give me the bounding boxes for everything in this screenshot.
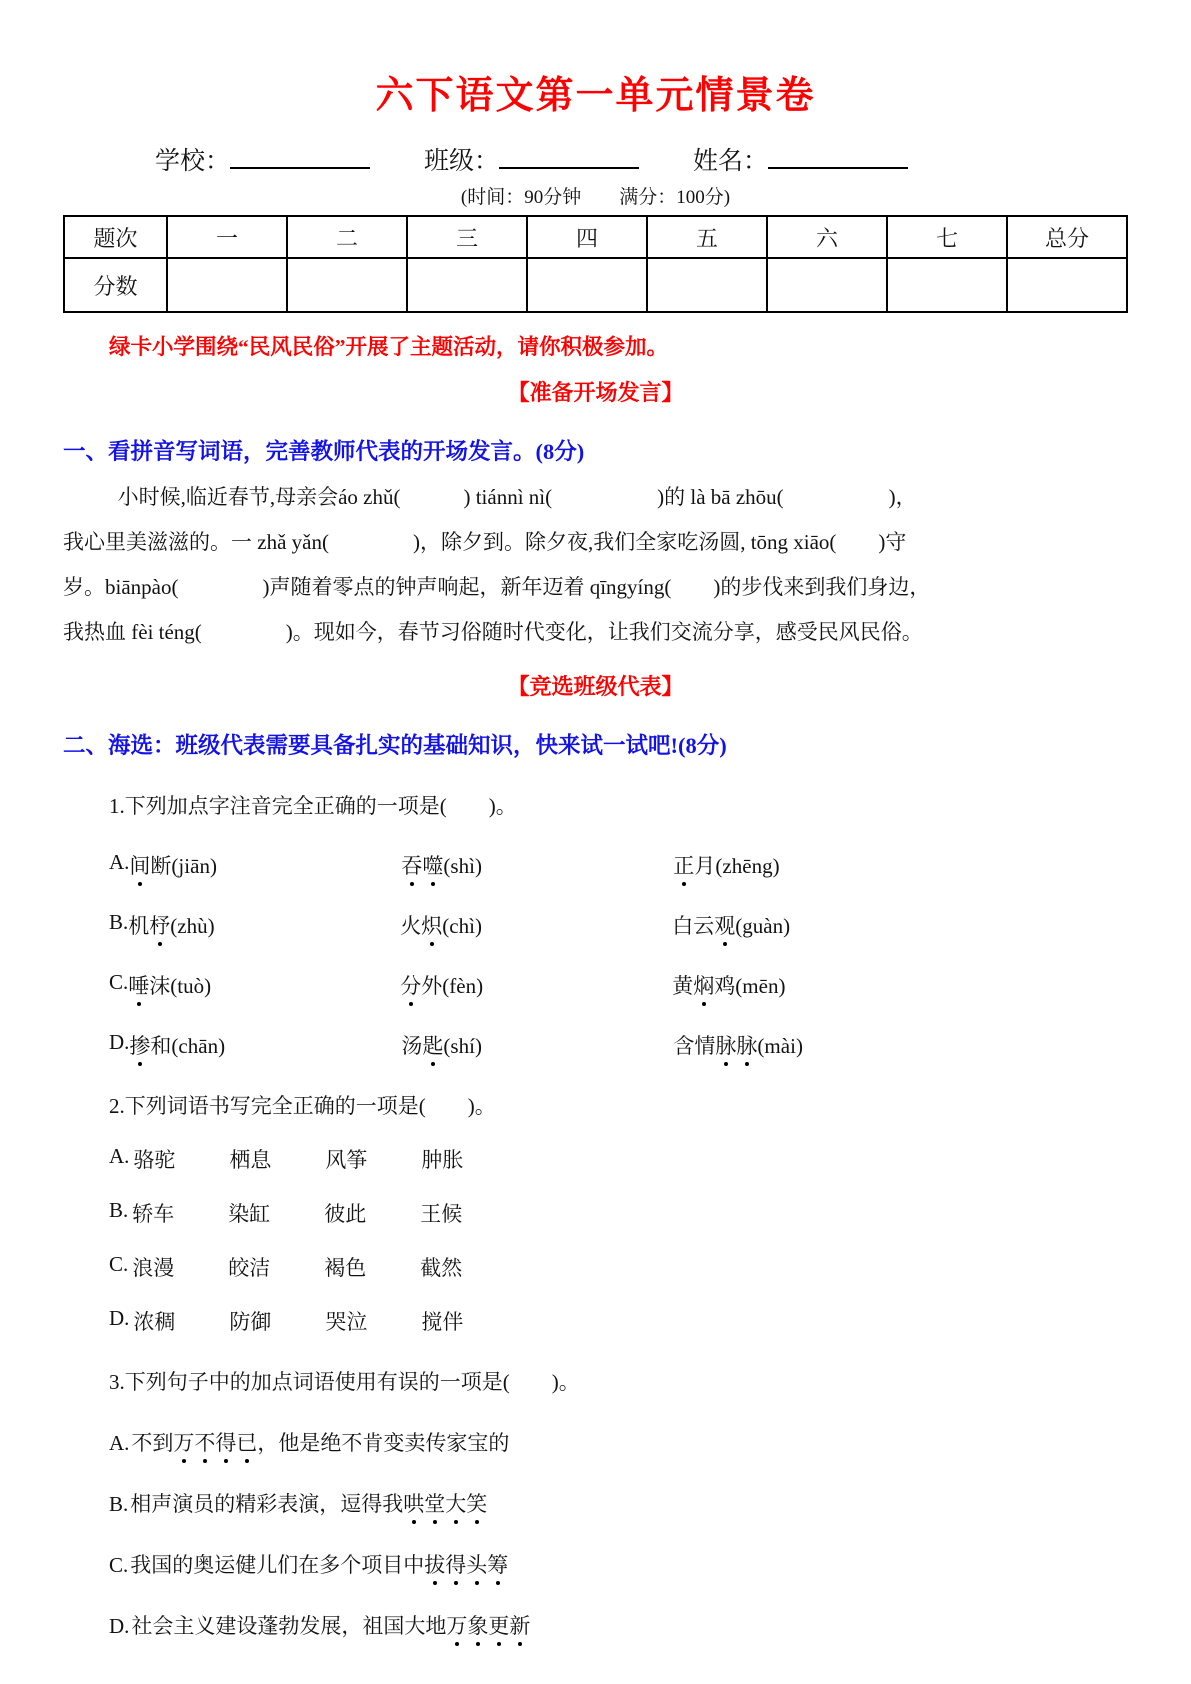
option-letter: B. (109, 910, 128, 940)
score-table-header-cell: 三 (407, 216, 527, 258)
option-letter: B. (109, 1198, 128, 1228)
q2-word: 搅伴 (421, 1306, 463, 1336)
score-table-header-cell: 二 (287, 216, 407, 258)
q1-option-item: 火炽(chì) (400, 910, 672, 940)
q2-word: 哭泣 (325, 1306, 367, 1336)
q3-option-row-d: D.社会主义建设蓬勃发展，祖国大地万象更新 (63, 1610, 1128, 1640)
q2-word: 风筝 (325, 1144, 367, 1174)
q3-option-row-c: C.我国的奥运健儿们在多个项目中拔得头筹 (63, 1549, 1128, 1579)
score-cell-empty (527, 258, 647, 312)
q1-option-item: 机杼(zhù) (128, 910, 400, 940)
option-letter: D. (109, 1030, 129, 1060)
score-table: 题次 一 二 三 四 五 六 七 总分 分数 (63, 215, 1128, 313)
q2-word: 染缸 (228, 1198, 270, 1228)
q3-option-text: 不到万不得已，他是绝不肯变卖传家宝的 (131, 1431, 509, 1455)
q2-word: 骆驼 (133, 1144, 175, 1174)
q2-word: 轿车 (132, 1198, 174, 1228)
q3-option-text: 我国的奥运健儿们在多个项目中拔得头筹 (130, 1553, 508, 1577)
question-2-stem: 2.下列词语书写完全正确的一项是( )。 (63, 1090, 1128, 1120)
q3-option-row-b: B.相声演员的精彩表演，逗得我哄堂大笑 (63, 1488, 1128, 1518)
q1-option-item: 唾沫(tuò) (128, 970, 400, 1000)
q1-option-item: 正月(zhēng) (673, 850, 1128, 880)
q1-option-item: 分外(fèn) (400, 970, 672, 1000)
q2-option-row-c: C. 浪漫 皎洁 褐色 截然 (63, 1252, 1128, 1282)
q2-word: 彼此 (324, 1198, 366, 1228)
school-field-blank (230, 139, 370, 169)
score-cell-empty (167, 258, 287, 312)
class-field: 班级： (424, 139, 639, 177)
score-cell-empty (767, 258, 887, 312)
q2-option-row-b: B. 轿车 染缸 彼此 王候 (63, 1198, 1128, 1228)
score-table-header-row: 题次 一 二 三 四 五 六 七 总分 (64, 216, 1127, 258)
score-table-header-cell: 六 (767, 216, 887, 258)
name-field: 姓名： (693, 139, 908, 177)
q1-option-item: 黄焖鸡(mēn) (672, 970, 1128, 1000)
score-table-header-cell: 一 (167, 216, 287, 258)
q1-option-item: 吞噬(shì) (401, 850, 673, 880)
class-field-blank (499, 139, 639, 169)
option-letter: B. (109, 1492, 128, 1516)
exam-paper-page: 六下语文第一单元情景卷 学校： 班级： 姓名： (时间：90分钟 满分：100分… (0, 0, 1191, 1684)
pinyin-paragraph: 小时候,临近春节,母亲会áo zhǔ( ) tiánnì nì( )的 là b… (63, 475, 1128, 655)
q3-option-text: 社会主义建设蓬勃发展，祖国大地万象更新 (131, 1614, 530, 1638)
question-3-stem: 3.下列句子中的加点词语使用有误的一项是( )。 (63, 1366, 1128, 1396)
name-field-blank (768, 139, 908, 169)
page-title: 六下语文第一单元情景卷 (63, 0, 1128, 119)
score-table-header-cell: 题次 (64, 216, 167, 258)
q2-word: 栖息 (229, 1144, 271, 1174)
option-letter: A. (109, 1144, 129, 1174)
pinyin-paragraph-line: 我心里美滋滋的。一 zhǎ yǎn( )，除夕到。除夕夜,我们全家吃汤圆, tō… (63, 520, 1128, 565)
banner-compete-representative: 【竞选班级代表】 (63, 670, 1128, 701)
student-info-row: 学校： 班级： 姓名： (155, 139, 1128, 177)
q1-option-item: 汤匙(shí) (401, 1030, 673, 1060)
option-letter: C. (109, 1252, 128, 1282)
section-two-heading: 二、海选：班级代表需要具备扎实的基础知识，快来试一试吧!(8分) (63, 728, 1128, 760)
q1-option-row-a: A. 间断(jiān) 吞噬(shì) 正月(zhēng) (63, 850, 1128, 880)
q1-option-item: 白云观(guàn) (672, 910, 1128, 940)
banner-prepare-speech: 【准备开场发言】 (63, 376, 1128, 407)
score-table-header-cell: 七 (887, 216, 1007, 258)
q2-word: 截然 (420, 1252, 462, 1282)
name-field-label: 姓名： (693, 148, 768, 175)
score-cell-empty (887, 258, 1007, 312)
q1-option-item: 间断(jiān) (129, 850, 401, 880)
score-cell-empty (1007, 258, 1127, 312)
option-letter: C. (109, 1553, 128, 1577)
section-one-heading: 一、看拼音写词语，完善教师代表的开场发言。(8分) (63, 434, 1128, 466)
score-cell-empty (287, 258, 407, 312)
q3-option-row-a: A.不到万不得已，他是绝不肯变卖传家宝的 (63, 1427, 1128, 1457)
q2-option-row-d: D. 浓稠 防御 哭泣 搅伴 (63, 1306, 1128, 1336)
score-cell-empty (407, 258, 527, 312)
q1-option-item: 含情脉脉(mài) (673, 1030, 1128, 1060)
score-table-header-cell: 五 (647, 216, 767, 258)
q1-option-item: 掺和(chān) (129, 1030, 401, 1060)
q2-option-row-a: A. 骆驼 栖息 风筝 肿胀 (63, 1144, 1128, 1174)
option-letter: D. (109, 1614, 129, 1638)
class-field-label: 班级： (424, 148, 499, 175)
q1-option-row-b: B. 机杼(zhù) 火炽(chì) 白云观(guàn) (63, 910, 1128, 940)
q2-word: 浓稠 (133, 1306, 175, 1336)
pinyin-paragraph-line: 小时候,临近春节,母亲会áo zhǔ( ) tiánnì nì( )的 là b… (63, 475, 1128, 520)
q3-option-text: 相声演员的精彩表演，逗得我哄堂大笑 (130, 1492, 487, 1516)
option-letter: A. (109, 1431, 129, 1455)
question-1-stem: 1.下列加点字注音完全正确的一项是( )。 (63, 790, 1128, 820)
q2-word: 皎洁 (228, 1252, 270, 1282)
option-letter: A. (109, 850, 129, 880)
activity-intro-line: 绿卡小学围绕“民风民俗”开展了主题活动，请你积极参加。 (63, 330, 1128, 361)
q2-word: 浪漫 (132, 1252, 174, 1282)
score-table-header-cell: 总分 (1007, 216, 1127, 258)
exam-time-score-info: (时间：90分钟 满分：100分) (63, 182, 1128, 209)
score-table-score-row: 分数 (64, 258, 1127, 312)
q2-word: 王候 (420, 1198, 462, 1228)
option-letter: C. (109, 970, 128, 1000)
q1-option-row-c: C. 唾沫(tuò) 分外(fèn) 黄焖鸡(mēn) (63, 970, 1128, 1000)
score-table-header-cell: 四 (527, 216, 647, 258)
score-cell-empty (647, 258, 767, 312)
school-field: 学校： (155, 139, 370, 177)
q2-word: 防御 (229, 1306, 271, 1336)
pinyin-paragraph-line: 岁。biānpào( )声随着零点的钟声响起，新年迈着 qīngyíng( )的… (63, 565, 1128, 610)
score-row-label: 分数 (64, 258, 167, 312)
q2-word: 褐色 (324, 1252, 366, 1282)
pinyin-paragraph-line: 我热血 fèi téng( )。现如今，春节习俗随时代变化，让我们交流分享，感受… (63, 610, 1128, 655)
q1-option-row-d: D. 掺和(chān) 汤匙(shí) 含情脉脉(mài) (63, 1030, 1128, 1060)
q2-word: 肿胀 (421, 1144, 463, 1174)
school-field-label: 学校： (155, 148, 230, 175)
option-letter: D. (109, 1306, 129, 1336)
